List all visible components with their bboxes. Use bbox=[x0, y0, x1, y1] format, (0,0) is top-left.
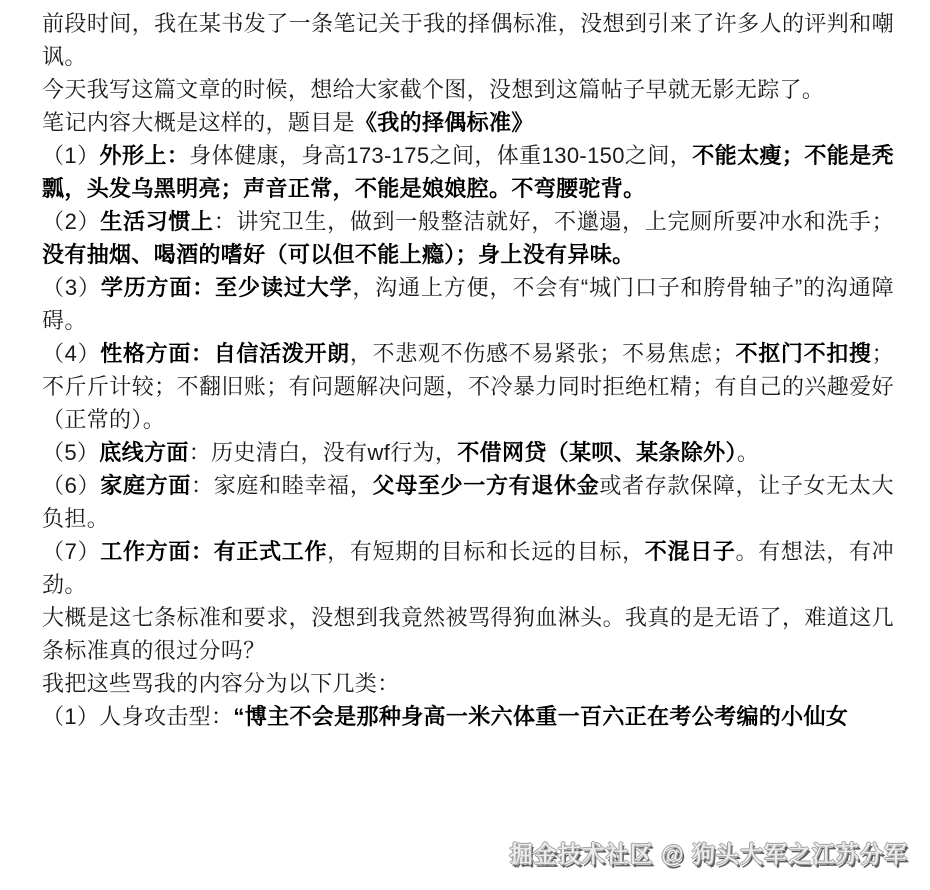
text-segment: 身体健康，身高173-175之间，体重130-150之间， bbox=[189, 143, 692, 168]
text-segment: ：家庭和睦幸福， bbox=[191, 473, 372, 498]
criteria-item-7: （7）工作方面：有正式工作，有短期的目标和长远的目标，不混日子。有想法，有冲劲。 bbox=[42, 535, 894, 601]
criteria-item-1: （1）外形上：身体健康，身高173-175之间，体重130-150之间，不能太瘦… bbox=[42, 139, 894, 205]
text-segment: 不借网贷（某呗、某条除外） bbox=[457, 440, 737, 465]
text-segment: 学历方面：至少读过大学 bbox=[101, 275, 352, 300]
text-segment: （5） bbox=[42, 440, 99, 465]
text-segment: 底线方面 bbox=[99, 440, 188, 465]
text-segment: ：历史清白，没有wf行为， bbox=[189, 440, 458, 465]
article-body: 前段时间，我在某书发了一条笔记关于我的择偶标准，没想到引来了许多人的评判和嘲讽。… bbox=[42, 7, 894, 733]
intro-paragraph-2: 今天我写这篇文章的时候，想给大家截个图，没想到这篇帖子早就无影无踪了。 bbox=[42, 73, 894, 106]
text-segment: ，有短期的目标和长远的目标， bbox=[327, 539, 645, 564]
text-segment: 笔记内容大概是这样的，题目是 bbox=[42, 110, 355, 135]
criteria-item-6: （6）家庭方面：家庭和睦幸福，父母至少一方有退休金或者存款保障，让子女无太大负担… bbox=[42, 469, 894, 535]
text-segment: （1）人身攻击型： bbox=[42, 704, 233, 729]
attack-type-1: （1）人身攻击型：“博主不会是那种身高一米六体重一百六正在考公考编的小仙女 bbox=[42, 700, 894, 733]
text-segment: 不混日子 bbox=[645, 539, 736, 564]
watermark: 掘金技术社区 @ 狗头大军之江苏分军 bbox=[510, 836, 908, 869]
text-segment: “博主不会是那种身高一米六体重一百六正在考公考编的小仙女 bbox=[233, 704, 848, 729]
text-segment: 父母至少一方有退休金 bbox=[373, 473, 600, 498]
reaction-paragraph: 大概是这七条标准和要求，没想到我竟然被骂得狗血淋头。我真的是无语了，难道这几条标… bbox=[42, 601, 894, 667]
text-segment: 家庭方面 bbox=[100, 473, 191, 498]
text-segment: 性格方面：自信活泼开朗 bbox=[100, 341, 350, 366]
note-title: 笔记内容大概是这样的，题目是《我的择偶标准》 bbox=[42, 106, 894, 139]
text-segment: 《我的择偶标准》 bbox=[355, 110, 534, 135]
text-segment: 不抠门不扣搜 bbox=[735, 341, 871, 366]
text-segment: 工作方面：有正式工作 bbox=[100, 539, 327, 564]
criteria-item-3: （3）学历方面：至少读过大学，沟通上方便，不会有“城门口子和胯骨轴子”的沟通障碍… bbox=[42, 271, 894, 337]
text-segment: 我把这些骂我的内容分为以下几类： bbox=[42, 671, 400, 696]
criteria-item-5: （5）底线方面：历史清白，没有wf行为，不借网贷（某呗、某条除外）。 bbox=[42, 436, 894, 469]
text-segment: 外形上： bbox=[100, 143, 190, 168]
text-segment: 没有抽烟、喝酒的嗜好（可以但不能上瘾）；身上没有异味。 bbox=[42, 242, 634, 267]
text-segment: 生活习惯上 bbox=[100, 209, 213, 234]
text-segment: （6） bbox=[42, 473, 100, 498]
text-segment: 前段时间，我在某书发了一条笔记关于我的择偶标准，没想到引来了许多人的评判和嘲讽。 bbox=[42, 11, 894, 69]
text-segment: ：讲究卫生，做到一般整洁就好，不邋遢，上完厕所要冲水和洗手； bbox=[214, 209, 894, 234]
text-segment: 。 bbox=[737, 440, 759, 465]
text-segment: 大概是这七条标准和要求，没想到我竟然被骂得狗血淋头。我真的是无语了，难道这几条标… bbox=[42, 605, 894, 663]
text-segment: （4） bbox=[42, 341, 100, 366]
text-segment: 今天我写这篇文章的时候，想给大家截个图，没想到这篇帖子早就无影无踪了。 bbox=[42, 77, 824, 102]
text-segment: （3） bbox=[42, 275, 101, 300]
text-segment: ，不悲观不伤感不易紧张；不易焦虑； bbox=[350, 341, 735, 366]
intro-paragraph-1: 前段时间，我在某书发了一条笔记关于我的择偶标准，没想到引来了许多人的评判和嘲讽。 bbox=[42, 7, 894, 73]
criteria-item-2: （2）生活习惯上：讲究卫生，做到一般整洁就好，不邋遢，上完厕所要冲水和洗手；没有… bbox=[42, 205, 894, 271]
text-segment: （1） bbox=[42, 143, 100, 168]
text-segment: （7） bbox=[42, 539, 100, 564]
criteria-item-4: （4）性格方面：自信活泼开朗，不悲观不伤感不易紧张；不易焦虑；不抠门不扣搜；不斤… bbox=[42, 337, 894, 436]
text-segment: （2） bbox=[42, 209, 100, 234]
classification-intro: 我把这些骂我的内容分为以下几类： bbox=[42, 667, 894, 700]
